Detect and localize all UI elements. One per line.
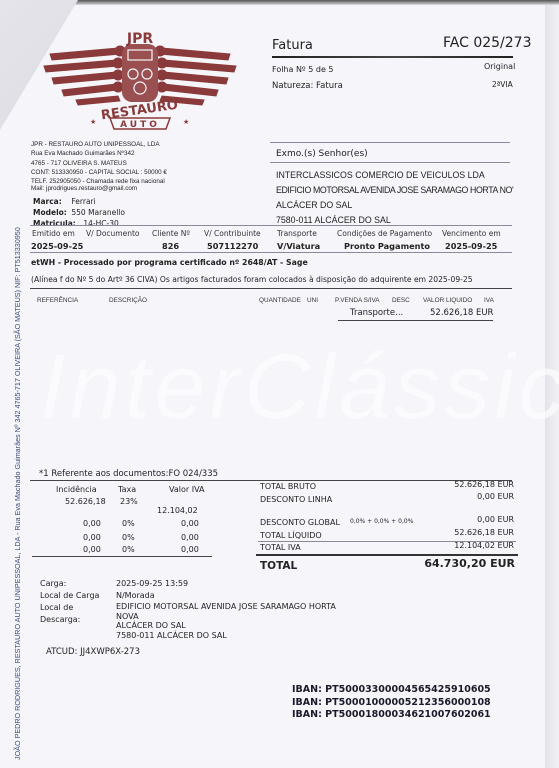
document-type: Fatura	[272, 38, 313, 53]
global-discount-label: DESCONTO GLOBAL	[260, 518, 340, 527]
via-label: 2ªVIA	[492, 80, 513, 89]
client-number-label: Cliente Nº	[152, 229, 190, 238]
sheet-number: Folha Nº 5 de 5	[272, 65, 334, 74]
vat-total-value: 12.104,02 EUR	[394, 541, 514, 550]
brand-value: Ferrari	[71, 197, 95, 206]
load-value: 2025-09-25 13:59	[116, 578, 188, 590]
divider	[270, 142, 510, 143]
right-wing-icon	[155, 46, 236, 105]
document-number: FAC 025/273	[443, 35, 531, 51]
tax-rate: 23%	[120, 497, 138, 506]
model-label: Modelo:	[33, 207, 69, 218]
iban-line: IBAN: PT50001800034621007602061	[292, 709, 491, 722]
vat-total-label: TOTAL IVA	[260, 543, 301, 552]
unload-line: EDIFICIO MOTORSAL AVENIDA JOSE SARAMAGO …	[116, 602, 336, 612]
brand-label: Marca:	[33, 196, 69, 207]
certification-note: etWH - Processado por programa certifica…	[31, 258, 308, 267]
your-document-label: V/ Documento	[86, 229, 140, 238]
divider	[256, 554, 518, 556]
transport-label: Transporte	[277, 229, 317, 238]
svg-text:★: ★	[90, 118, 96, 126]
company-line: CONT: 513330950 - CAPITAL SOCIAL : 50000…	[31, 168, 167, 177]
global-discount-value: 0,00 EUR	[394, 515, 514, 524]
unload-line: NOVA	[116, 612, 336, 622]
recipient-line: ALCÁCER DO SAL	[276, 198, 513, 213]
issued-value: 2025-09-25	[31, 241, 83, 251]
plate-label: Matricula:	[33, 218, 81, 229]
left-wing-icon	[44, 46, 125, 105]
iban-line: IBAN: PT50001000005212356000108	[292, 697, 491, 710]
line-discount-label: DESCONTO LINHA	[260, 495, 332, 504]
divider	[270, 162, 510, 163]
divider	[30, 288, 512, 289]
grand-total-label: TOTAL	[260, 560, 297, 572]
tax-col-vat: Valor IVA	[169, 485, 205, 494]
tax-base: 52.626,18	[65, 497, 106, 506]
tax-base: 0,00	[83, 519, 101, 528]
net-total-value: 52.626,18 EUR	[394, 528, 514, 537]
unload-place-label: Local de Descarga:	[40, 602, 116, 640]
svg-text:JPR: JPR	[126, 31, 153, 47]
company-line: 4765 - 717 OLIVEIRA S. MATEUS	[31, 159, 167, 168]
reference-documents: *1 Referente aos documentos:FO 024/335	[39, 469, 218, 479]
company-logo: JPR RESTAURO AUTO ★ ★	[40, 28, 240, 130]
col-unit: UNI	[307, 297, 318, 304]
carry-forward-label: Transporte...	[350, 308, 403, 318]
tax-vat: 0,00	[181, 533, 199, 542]
payment-terms-value: Pronto Pagamento	[344, 241, 430, 251]
transport-value: V/Viatura	[277, 241, 320, 251]
iban-list: IBAN: PT50003300004565425910605 IBAN: PT…	[292, 684, 491, 722]
recipient-line: EDIFICIO MOTORSAL AVENIDA JOSE SARAMAGO …	[276, 183, 513, 198]
tax-vat: 12.104,02	[157, 506, 198, 515]
header-divider	[272, 56, 513, 58]
taxpayer-value: 507112270	[207, 241, 258, 251]
taxpayer-label: V/ Contribuinte	[204, 229, 261, 238]
gross-total-label: TOTAL BRUTO	[260, 482, 316, 491]
iban-line: IBAN: PT50003300004565425910605	[292, 684, 491, 697]
load-label: Carga:	[40, 578, 116, 590]
tax-base: 0,00	[83, 533, 101, 542]
tax-vat: 0,00	[181, 545, 199, 554]
load-place-label: Local de Carga	[40, 590, 116, 602]
due-date-label: Vencimento em	[442, 229, 501, 238]
svg-text:★: ★	[183, 118, 189, 126]
plate-value: 14-HC-30	[83, 219, 118, 228]
grand-total-value: 64.730,20 EUR	[395, 557, 515, 570]
svg-text:AUTO: AUTO	[120, 120, 160, 130]
col-description: DESCRIÇÃO	[109, 297, 147, 304]
col-vat: IVA	[484, 297, 494, 304]
watermark: InterClássico	[40, 335, 559, 440]
tax-rate: 0%	[122, 545, 135, 554]
col-reference: REFERÊNCIA	[37, 297, 78, 304]
divider	[30, 252, 512, 253]
gross-total-value: 52.626,18 EUR	[394, 480, 514, 489]
carry-forward-value: 52.626,18 EUR	[430, 308, 493, 318]
tax-col-rate: Taxa	[118, 485, 136, 494]
load-place-value: N/Morada	[116, 590, 155, 602]
net-total-label: TOTAL LÍQUIDO	[260, 531, 322, 540]
recipient-salutation: Exmo.(s) Senhor(es)	[276, 149, 368, 159]
payment-terms-label: Condições de Pagamento	[337, 229, 432, 238]
col-unit-price: P.VENDA S/IVA	[335, 297, 380, 304]
due-date-value: 2025-09-25	[445, 241, 497, 251]
atcud-code: ATCUD: JJ4XWP6X-273	[46, 647, 140, 657]
divider	[32, 556, 212, 557]
tax-col-base: Incidência	[56, 485, 97, 494]
shipping-info: Carga:2025-09-25 13:59 Local de CargaN/M…	[40, 578, 336, 640]
tax-rate: 0%	[122, 533, 135, 542]
tax-rate: 0%	[122, 519, 135, 528]
unload-line: 7580-011 ALCÁCER DO SAL	[116, 631, 336, 641]
legal-note: (Alínea f do Nº 5 do Artº 36 CIVA) Os ar…	[31, 275, 473, 284]
scan-top-edge	[0, 0, 559, 5]
line-discount-value: 0,00 EUR	[394, 492, 514, 501]
col-quantity: QUANTIDADE	[259, 297, 301, 304]
document-nature: Natureza: Fatura	[272, 81, 343, 91]
company-line: Rua Eva Machado Guimarães Nº342	[31, 149, 167, 158]
client-number-value: 826	[162, 241, 179, 251]
tax-base: 0,00	[83, 545, 101, 554]
tax-vat: 0,00	[181, 519, 199, 528]
recipient-line: INTERCLASSICOS COMERCIO DE VEICULOS LDA	[276, 168, 513, 183]
divider	[30, 225, 512, 226]
copy-label: Original	[484, 62, 515, 71]
divider	[338, 320, 493, 321]
side-legal-text: JOÃO PEDRO RODRIGUES, RESTAURO AUTO UNIP…	[13, 227, 22, 760]
company-line: JPR - RESTAURO AUTO UNIPESSOAL, LDA	[31, 140, 167, 149]
company-info: JPR - RESTAURO AUTO UNIPESSOAL, LDA Rua …	[31, 140, 167, 194]
issued-label: Emitido em	[32, 229, 75, 238]
unload-line: ALCÁCER DO SAL	[116, 621, 336, 631]
col-discount: DESC	[392, 297, 410, 304]
model-value: 550 Maranello	[71, 208, 125, 217]
recipient-address: INTERCLASSICOS COMERCIO DE VEICULOS LDA …	[276, 168, 513, 228]
col-net-value: VALOR LIQUIDO	[423, 297, 472, 304]
